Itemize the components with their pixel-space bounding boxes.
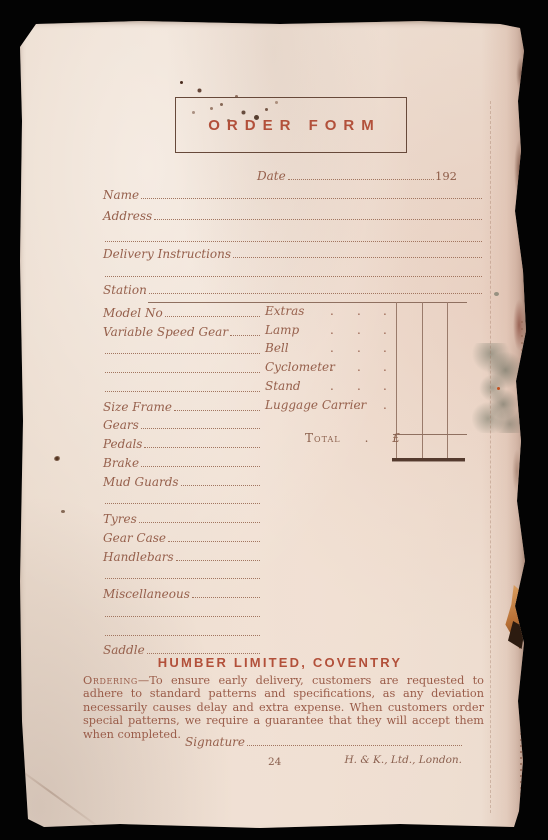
spec-row-blank [103, 339, 261, 358]
date-row: Date 192 [257, 167, 457, 183]
dot-leader: . [330, 304, 334, 318]
dotted-leader [176, 560, 260, 561]
dot-leader: . [330, 341, 334, 355]
dotted-leader [181, 485, 260, 486]
order-form-page: ORDER FORM Date 192 Name Address Deliver… [20, 21, 527, 831]
total-label: Total [305, 431, 341, 445]
total-rule [393, 434, 467, 435]
dotted-leader [105, 241, 482, 242]
signature-label: Signature [185, 735, 245, 749]
extras-row-stand: Stand... [265, 376, 411, 395]
field-label: Lamp [265, 323, 299, 337]
spec-row-brake: Brake [103, 451, 261, 470]
dot-leader: . [357, 360, 361, 374]
spec-row-blank [103, 376, 261, 395]
dotted-leader [144, 447, 260, 448]
dotted-leader [141, 428, 260, 429]
spec-row-blank [103, 489, 261, 508]
green-speck-stain [494, 292, 499, 296]
dotted-leader [105, 503, 260, 504]
dot-leader: . [357, 341, 361, 355]
printer-imprint: H. & K., Ltd., London. [340, 754, 462, 766]
dotted-leader [141, 198, 482, 199]
extras-row-lamp: Lamp... [265, 320, 411, 339]
page-title: ORDER FORM [201, 117, 381, 134]
field-label: Variable Speed Gear [103, 325, 228, 339]
dot-leader: . [383, 379, 387, 393]
dot-leader: . [357, 304, 361, 318]
dotted-leader [233, 257, 482, 258]
field-label: Extras [265, 304, 304, 318]
spec-row-size-frame: Size Frame [103, 395, 261, 414]
field-row-blank [103, 229, 483, 245]
dot-leader: . [365, 431, 369, 445]
dot-leader: . [383, 360, 387, 374]
company-heading: HUMBER LIMITED, COVENTRY [50, 655, 510, 670]
field-label: Gears [103, 418, 139, 432]
dotted-leader [230, 335, 260, 336]
ordering-note: Ordering—To ensure early delivery, custo… [83, 674, 484, 741]
field-label: Brake [103, 456, 139, 470]
edge-stain [512, 449, 522, 493]
field-label: Cyclometer [265, 360, 335, 374]
dotted-leader [105, 353, 260, 354]
dotted-leader [105, 635, 260, 636]
dot-leader: . [357, 379, 361, 393]
spec-row-blank [103, 601, 261, 620]
dotted-leader [105, 391, 260, 392]
dot-leader: . [383, 304, 387, 318]
field-label: Bell [265, 341, 289, 355]
field-row-address: Address [103, 207, 483, 223]
field-row-name: Name [103, 186, 483, 202]
specification-fields: Model No Variable Speed Gear Size Frame … [103, 301, 261, 657]
ordering-note-lead: Ordering [83, 674, 138, 687]
edge-stain [516, 57, 525, 91]
dotted-leader [154, 219, 482, 220]
spec-row-blank [103, 564, 261, 583]
field-label: Address [103, 209, 152, 223]
field-label: Tyres [103, 512, 137, 526]
dotted-leader [149, 293, 482, 294]
dotted-leader [105, 616, 260, 617]
brown-spot-stain [54, 456, 60, 461]
extras-row-cyclometer: Cyclometer... [265, 357, 411, 376]
dotted-leader [105, 578, 260, 579]
spec-row-model-no: Model No [103, 301, 261, 320]
dot-leader: . [383, 341, 387, 355]
ink-speckle-stain [180, 81, 183, 84]
field-label: Name [103, 188, 139, 202]
spec-row-blank [103, 357, 261, 376]
rust-speck-stain [497, 387, 500, 390]
field-label: Delivery Instructions [103, 247, 231, 261]
field-label: Stand [265, 379, 301, 393]
dot-leader: . [357, 398, 361, 412]
field-label: Pedals [103, 437, 142, 451]
page-number: 24 [268, 756, 281, 768]
field-label: Model No [103, 306, 163, 320]
signature-row: Signature [185, 733, 463, 749]
field-label: Size Frame [103, 400, 172, 414]
field-row-delivery-instructions: Delivery Instructions [103, 245, 483, 261]
spec-row-gear-case: Gear Case [103, 526, 261, 545]
dotted-leader [168, 541, 260, 542]
spec-row-mud-guards: Mud Guards [103, 470, 261, 489]
extras-row-extras: Extras... [265, 301, 411, 320]
spec-row-pedals: Pedals [103, 432, 261, 451]
dot-leader: . [330, 360, 334, 374]
dot-leader: . [383, 323, 387, 337]
edge-stain [514, 139, 525, 201]
pound-sign: £ [392, 431, 400, 445]
extras-fields: Extras... Lamp... Bell... Cyclometer... … [265, 301, 411, 414]
binding-stitch-dots [521, 321, 523, 431]
dot-leader: . [330, 379, 334, 393]
brown-spot-stain [61, 510, 65, 513]
table-bottom-rule [392, 458, 465, 461]
extras-row-luggage-carrier: Luggage Carrier... [265, 395, 411, 414]
spec-row-tyres: Tyres [103, 507, 261, 526]
spec-row-blank [103, 620, 261, 639]
dotted-leader [288, 179, 434, 180]
dotted-leader [105, 276, 482, 277]
total-row: Total . £ [305, 431, 400, 445]
ordering-note-text: —To ensure early delivery, customers are… [83, 674, 484, 741]
dotted-leader [192, 597, 260, 598]
dot-leader: . [330, 323, 334, 337]
field-label: Gear Case [103, 531, 166, 545]
extras-row-bell: Bell... [265, 339, 411, 358]
corner-crease-line [11, 763, 109, 835]
edge-stain [513, 299, 525, 351]
date-label: Date [257, 169, 286, 183]
dot-leader: . [357, 323, 361, 337]
spec-row-handlebars: Handlebars [103, 545, 261, 564]
field-label: Handlebars [103, 550, 174, 564]
spec-row-miscellaneous: Miscellaneous [103, 582, 261, 601]
dotted-leader [141, 466, 260, 467]
scanned-order-form-screenshot: ORDER FORM Date 192 Name Address Deliver… [0, 0, 548, 840]
dotted-leader [165, 316, 260, 317]
binding-crease-line [490, 101, 491, 813]
spec-row-gears: Gears [103, 414, 261, 433]
field-label: Station [103, 283, 147, 297]
binding-stitch-dots [520, 709, 522, 827]
dotted-leader [174, 410, 260, 411]
dotted-leader [105, 372, 260, 373]
dotted-leader [247, 745, 462, 746]
field-row-blank [103, 264, 483, 280]
field-label: Mud Guards [103, 475, 179, 489]
date-year-prefix: 192 [435, 169, 457, 183]
dotted-leader [139, 522, 260, 523]
dot-leader: . [383, 398, 387, 412]
field-label: Luggage Carrier [265, 398, 366, 412]
field-row-station: Station [103, 281, 483, 297]
spec-row-variable-speed-gear: Variable Speed Gear [103, 320, 261, 339]
field-label: Miscellaneous [103, 587, 190, 601]
order-form-title-box: ORDER FORM [175, 97, 407, 153]
